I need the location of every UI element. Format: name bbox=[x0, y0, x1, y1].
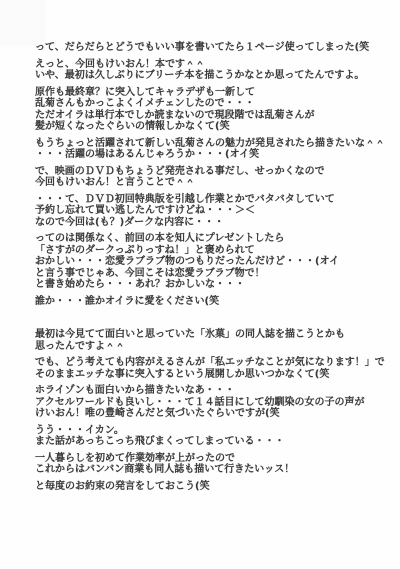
text-line: 原作も最終章？に突入してキャラデザも一新して bbox=[35, 87, 395, 99]
text-line: ホライゾンも面白いから描きたいなあ・・・ bbox=[35, 385, 395, 397]
text-line: 予約し忘れて買い逃したんですけどね・・・＞＜ bbox=[35, 205, 395, 217]
text-line: ・・・活躍の場はあるんじゃろうか・・・(オイ笑 bbox=[35, 149, 395, 161]
text-line: と毎度のお約束の発言をしておこう(笑 bbox=[35, 481, 395, 493]
text-line: 髪が短くなったぐらいの情報しかなくて(笑 bbox=[35, 121, 395, 133]
text-line: おかしい・・・恋愛ラブラブ物のつもりだったんだけど・・・(オイ bbox=[35, 256, 395, 268]
text-line: なので今回は(も？)ダークな内容に・・・ bbox=[35, 217, 395, 229]
text-line: そのままエッチな事に突入するという展開しか思いつかなくて(笑 bbox=[35, 369, 395, 381]
text-line: いや、最初は久しぶりにブリーチ本を描こうかなとか思ってたんですよ。 bbox=[35, 70, 395, 82]
text-line: もうちょっと活躍されて新しい乱菊さんの魅力が発見されたら描きたいな＾＾ bbox=[35, 138, 395, 150]
paragraph: で、映画のＤＶＤもちょうど発売される事だし、せっかくなので 今回もけいおん！と言… bbox=[35, 166, 395, 189]
afterword-text-block: って、だらだらとどうでもいい事を書いてたら１ページ使ってしまった(笑 えっと、今… bbox=[35, 42, 395, 497]
scan-artifact bbox=[0, 0, 46, 46]
document-page: って、だらだらとどうでもいい事を書いてたら１ページ使ってしまった(笑 えっと、今… bbox=[0, 0, 400, 569]
text-line: 誰か・・・誰かオイラに愛をください(笑 bbox=[35, 296, 395, 308]
paragraph: 原作も最終章？に突入してキャラデザも一新して 乱菊さんもかっこよくイメチェンした… bbox=[35, 87, 395, 133]
text-line: うう・・・イカン。 bbox=[35, 425, 395, 437]
text-line: でも、どう考えても内容がえるさんが「私エッチなことが気になります！」で bbox=[35, 357, 395, 369]
text-line: 今回もけいおん！と言うことで＾＾ bbox=[35, 177, 395, 189]
text-line: 一人暮らしを初めて作業効率が上がったので bbox=[35, 453, 395, 465]
paragraph: ・・・て、ＤＶＤ初回特典版を引越し作業とかでバタバタしていて 予約し忘れて買い逃… bbox=[35, 194, 395, 229]
text-line: 思ったんですよ＾＾ bbox=[35, 341, 395, 353]
paragraph: 一人暮らしを初めて作業効率が上がったので これからはバンバン商業も同人誌も描いて… bbox=[35, 453, 395, 476]
text-line: で、映画のＤＶＤもちょうど発売される事だし、せっかくなので bbox=[35, 166, 395, 178]
paragraph: と毎度のお約束の発言をしておこう(笑 bbox=[35, 481, 395, 493]
paragraph: って、だらだらとどうでもいい事を書いてたら１ページ使ってしまった(笑 bbox=[35, 42, 395, 54]
paragraph: 最初は今見てて面白いと思っていた「氷菓」の同人誌を描こうとかも 思ったんですよ＾… bbox=[35, 329, 395, 352]
text-line: また話があっちこっち飛びまくってしまっている・・・ bbox=[35, 436, 395, 448]
paragraph: えっと、今回もけいおん！本です＾＾ いや、最初は久しぶりにブリーチ本を描こうかな… bbox=[35, 59, 395, 82]
text-line: これからはバンバン商業も同人誌も描いて行きたいッス！ bbox=[35, 464, 395, 476]
text-line: けいおん！唯の豊崎さんだと気づいたぐらいですが(笑 bbox=[35, 408, 395, 420]
paragraph: 誰か・・・誰かオイラに愛をください(笑 bbox=[35, 296, 395, 308]
paragraph: でも、どう考えても内容がえるさんが「私エッチなことが気になります！」で そのまま… bbox=[35, 357, 395, 380]
text-line: アクセルワールドも良いし・・・て１４話目にして幼馴染の女の子の声が bbox=[35, 397, 395, 409]
paragraph: ホライゾンも面白いから描きたいなあ・・・ アクセルワールドも良いし・・・て１４話… bbox=[35, 385, 395, 420]
text-line: ってのは関係なく、前回の本を知人にプレゼントしたら bbox=[35, 233, 395, 245]
paragraph: ってのは関係なく、前回の本を知人にプレゼントしたら 「さすがのダークっぷりっすね… bbox=[35, 233, 395, 291]
text-line: 乱菊さんもかっこよくイメチェンしたので・・・ bbox=[35, 98, 395, 110]
text-line: 最初は今見てて面白いと思っていた「氷菓」の同人誌を描こうとかも bbox=[35, 329, 395, 341]
paragraph: うう・・・イカン。 また話があっちこっち飛びまくってしまっている・・・ bbox=[35, 425, 395, 448]
text-line: えっと、今回もけいおん！本です＾＾ bbox=[35, 59, 395, 71]
paragraph: もうちょっと活躍されて新しい乱菊さんの魅力が発見されたら描きたいな＾＾ ・・・活… bbox=[35, 138, 395, 161]
text-line: 「さすがのダークっぷりっすね！」と褒められて bbox=[35, 245, 395, 257]
text-line: と書き始めたら・・・あれ？おかしいな・・・ bbox=[35, 279, 395, 291]
text-line: ・・・て、ＤＶＤ初回特典版を引越し作業とかでバタバタしていて bbox=[35, 194, 395, 206]
text-line: って、だらだらとどうでもいい事を書いてたら１ページ使ってしまった(笑 bbox=[35, 42, 395, 54]
text-line: ただオイラは単行本でしか読まないので現段階では乱菊さんが bbox=[35, 110, 395, 122]
text-line: と言う事でじゃあ、今回こそは恋愛ラブラブ物で！ bbox=[35, 268, 395, 280]
